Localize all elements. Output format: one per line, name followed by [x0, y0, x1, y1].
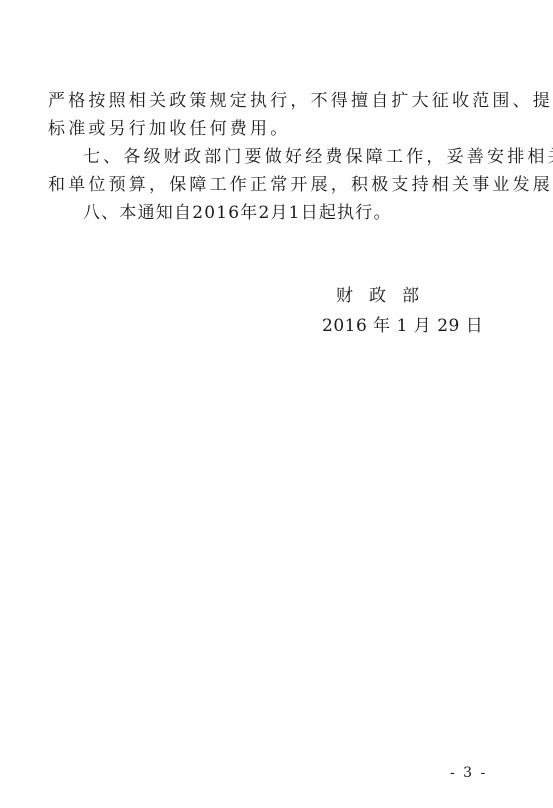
issue-date: 2016 年 1 月 29 日 — [322, 311, 483, 336]
paragraph-line: 标准或另行加收任何费用。 — [48, 119, 478, 139]
document-page: 严格按照相关政策规定执行，不得擅自扩大征收范围、提高征收 标准或另行加收任何费用… — [0, 0, 553, 808]
paragraph-line: 和单位预算，保障工作正常开展，积极支持相关事业发展。 — [48, 175, 478, 195]
issuer-signature: 财政部 — [336, 281, 435, 306]
paragraph-line: 严格按照相关政策规定执行，不得擅自扩大征收范围、提高征收 — [48, 91, 478, 111]
paragraph-line: 七、各级财政部门要做好经费保障工作，妥善安排相关部门 — [83, 147, 513, 167]
page-number: - 3 - — [450, 765, 487, 781]
paragraph-line: 八、本通知自2016年2月1日起执行。 — [83, 203, 513, 223]
